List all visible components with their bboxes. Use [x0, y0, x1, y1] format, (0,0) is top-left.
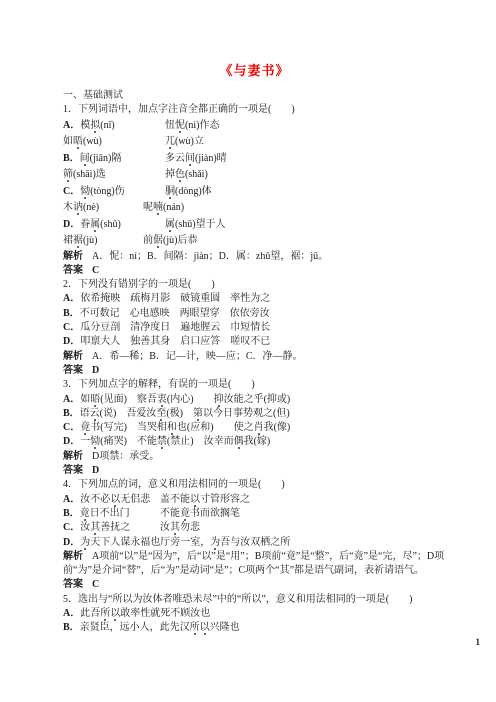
q1-analysis: 解析A．怩：ní；B．间隔：jiàn；D．属：zhǔ望，裾：jū。 — [63, 250, 446, 264]
section-heading: 一、基础测试 — [63, 89, 446, 103]
q4-stem: 4．下列加点的词，意义和用法相同的一项是( ) — [63, 478, 446, 492]
option-text: 不可数记 心电感映 两眼望穿 依依旁汝 — [80, 308, 270, 319]
answer-value: D — [92, 465, 99, 476]
answer-value: C — [92, 265, 99, 276]
q3-option: C．竟书(写完) 当哭相和也(应和) 使之肖我(像) — [63, 421, 446, 435]
option-text: 亲贤臣，远小人，此先汉所以兴隆也 — [80, 622, 240, 633]
option-text: 为天下人谋永福也 — [80, 537, 160, 548]
q4-answer: 答案C — [63, 578, 446, 592]
q3-answer: 答案D — [63, 464, 446, 478]
answer-value: C — [92, 579, 99, 590]
q1-option-row: C．恸(tòng)伤 胴(dòng)体 — [63, 184, 446, 201]
analysis-text: D项禁：承受。 — [92, 451, 159, 462]
q3-option: D．一恸(痛哭) 不能禁(禁止) 汝幸而偶我(嫁) — [63, 435, 446, 449]
option-text: 汝不必以无侣悲 — [80, 494, 150, 505]
option-left: B．竟日不出门 — [63, 507, 160, 521]
option-left: A．模拟(nǐ) — [63, 118, 165, 135]
q2-answer: 答案D — [63, 364, 446, 378]
option-right: 不能竟书而欲搁笔 — [160, 507, 240, 521]
option-text: 木讷(nè) — [63, 202, 99, 213]
option-left: A．汝不必以无侣悲 — [63, 493, 160, 507]
q3-analysis: 解析D项禁：承受。 — [63, 450, 446, 464]
q1-option-row: B．间(jiān)隔 多云间(jiàn)晴 — [63, 151, 446, 168]
q1-option-row: 如晤(wù) 兀(wù)立 — [63, 134, 446, 151]
option-marker: C． — [63, 186, 80, 197]
option-marker: D． — [63, 336, 80, 347]
option-right: 前倨(jù)后恭 — [143, 233, 197, 250]
option-text: 筛(shāi)选 — [63, 169, 106, 180]
q4-analysis: 解析A项前“以”是“因为”，后“以”是“用”；B项前“竟”是“整”，后“竟”是“… — [63, 550, 446, 579]
q1-option-row: A．模拟(nǐ) 忸怩(nì)作态 — [63, 118, 446, 135]
option-left: 木讷(nè) — [63, 200, 143, 217]
option-right: 盖不能以寸管形容之 — [160, 493, 250, 507]
option-marker: B． — [63, 508, 80, 519]
option-text: 汝其善抚之 — [80, 522, 130, 533]
q2-option: D．叩禀大人 独善其身 启口应答 嗟叹不已 — [63, 335, 446, 349]
q5-option: B．亲贤臣，远小人，此先汉所以兴隆也 — [63, 621, 446, 635]
option-marker: C． — [63, 322, 80, 333]
option-text: 依希掩映 疏梅月影 破镜重圆 率性为之 — [80, 293, 270, 304]
option-marker: B． — [63, 153, 80, 164]
analysis-text: A项前“以”是“因为”，后“以”是“用”；B项前“竟”是“整”，后“竟”是“完，… — [63, 551, 444, 576]
analysis-text: A．怩：ní；B．间隔：jiàn；D．属：zhǔ望，裾：jū。 — [92, 251, 328, 262]
option-left: C．汝其善抚之 — [63, 521, 160, 535]
option-marker: A． — [63, 120, 80, 131]
q3-stem: 3．下列加点字的解释，有误的一项是( ) — [63, 378, 446, 392]
q1-option-row: 筛(shāi)选 掉色(shǎi) — [63, 167, 446, 184]
option-marker: A． — [63, 394, 80, 405]
option-right: 呢喃(nán) — [143, 200, 184, 217]
option-marker: C． — [63, 522, 80, 533]
option-text: 模拟(nǐ) — [80, 120, 114, 131]
document-page: 《与妻书》 一、基础测试 1．下列词语中，加点字注音全都正确的一项是( ) A．… — [0, 0, 496, 702]
option-right: 多云间(jiàn)晴 — [165, 151, 227, 168]
option-right: 忸怩(nì)作态 — [165, 118, 219, 135]
option-left: 筛(shāi)选 — [63, 167, 165, 184]
answer-label: 答案 — [63, 465, 83, 476]
analysis-label: 解析 — [63, 451, 83, 462]
option-text: 裙裾(jù) — [63, 235, 97, 246]
option-right: 厅旁一室，为吾与汝双栖之所 — [160, 536, 290, 550]
option-text: 如晤(见面) 察吾衷(内心) 抑汝能之乎(抑或) — [80, 394, 290, 405]
option-text: 间(jiān)隔 — [80, 153, 122, 164]
option-text: 恸(tòng)伤 — [80, 186, 124, 197]
q2-stem: 2．下列没有错别字的一项是( ) — [63, 278, 446, 292]
option-text: 眷属(shǔ) — [80, 219, 121, 230]
q4-option-row: B．竟日不出门 不能竟书而欲搁笔 — [63, 507, 446, 521]
q4-block: 4．下列加点的词，意义和用法相同的一项是( ) A．汝不必以无侣悲 盖不能以寸管… — [63, 478, 446, 592]
option-left: D．为天下人谋永福也 — [63, 536, 160, 550]
option-right: 汝其勿悲 — [160, 521, 200, 535]
q3-option: A．如晤(见面) 察吾衷(内心) 抑汝能之乎(抑或) — [63, 393, 446, 407]
option-text: 竟书(写完) 当哭相和也(应和) 使之肖我(像) — [80, 422, 290, 433]
option-marker: D． — [63, 219, 80, 230]
option-marker: D． — [63, 537, 80, 548]
q2-option: A．依希掩映 疏梅月影 破镜重圆 率性为之 — [63, 292, 446, 306]
option-left: D．眷属(shǔ) — [63, 217, 165, 234]
option-marker: B． — [63, 622, 80, 633]
analysis-text: A．希—稀；B．记—计，映—应；C．净—静。 — [92, 351, 303, 362]
option-text: 语云(说) 吾爱汝至(极) 第以今日事势观之(但) — [80, 408, 290, 419]
option-text: 此吾所以敢率性就死不顾汝也 — [80, 608, 210, 619]
answer-label: 答案 — [63, 365, 83, 376]
q4-option-row: C．汝其善抚之 汝其勿悲 — [63, 521, 446, 535]
option-right: 胴(dòng)体 — [165, 184, 212, 201]
option-marker: A． — [63, 608, 80, 619]
option-left: C．恸(tòng)伤 — [63, 184, 165, 201]
doc-title: 《与妻书》 — [63, 60, 446, 79]
option-marker: A． — [63, 293, 80, 304]
option-text: 瓜分豆剖 清净度日 遍地腥云 巾短情长 — [80, 322, 270, 333]
q1-option-row: D．眷属(shǔ) 属(shǔ)望于人 — [63, 217, 446, 234]
option-marker: B． — [63, 408, 80, 419]
analysis-label: 解析 — [63, 351, 83, 362]
option-left: 裙裾(jù) — [63, 233, 143, 250]
option-marker: C． — [63, 422, 80, 433]
q1-option-row: 木讷(nè) 呢喃(nán) — [63, 200, 446, 217]
option-marker: B． — [63, 308, 80, 319]
answer-label: 答案 — [63, 579, 83, 590]
page-number: 1 — [476, 637, 481, 647]
q1-stem: 1．下列词语中，加点字注音全都正确的一项是( ) — [63, 103, 446, 117]
option-text: 一恸(痛哭) 不能禁(禁止) 汝幸而偶我(嫁) — [80, 436, 270, 447]
analysis-label: 解析 — [63, 251, 83, 262]
option-text: 叩禀大人 独善其身 启口应答 嗟叹不已 — [80, 336, 270, 347]
q5-option: A．此吾所以敢率性就死不顾汝也 — [63, 607, 446, 621]
q2-option: C．瓜分豆剖 清净度日 遍地腥云 巾短情长 — [63, 321, 446, 335]
q3-option: B．语云(说) 吾爱汝至(极) 第以今日事势观之(但) — [63, 407, 446, 421]
option-text: 竟日不出门 — [80, 508, 130, 519]
q2-option: B．不可数记 心电感映 两眼望穿 依依旁汝 — [63, 307, 446, 321]
q4-option-row: A．汝不必以无侣悲 盖不能以寸管形容之 — [63, 493, 446, 507]
option-right: 兀(wù)立 — [165, 134, 204, 151]
option-right: 掉色(shǎi) — [165, 167, 208, 184]
option-marker: D． — [63, 436, 80, 447]
q5-stem: 5．选出与“所以为汝体者唯恐未尽”中的“所以”，意义和用法相同的一项是( ) — [63, 593, 446, 607]
option-left: 如晤(wù) — [63, 134, 165, 151]
option-right: 属(shǔ)望于人 — [165, 217, 226, 234]
answer-value: D — [92, 365, 99, 376]
option-left: B．间(jiān)隔 — [63, 151, 165, 168]
q4-option-row: D．为天下人谋永福也 厅旁一室，为吾与汝双栖之所 — [63, 536, 446, 550]
q1-answer: 答案C — [63, 264, 446, 278]
option-marker: A． — [63, 494, 80, 505]
option-text: 如晤(wù) — [63, 136, 102, 147]
q1-option-row: 裙裾(jù) 前倨(jù)后恭 — [63, 233, 446, 250]
answer-label: 答案 — [63, 265, 83, 276]
q2-analysis: 解析A．希—稀；B．记—计，映—应；C．净—静。 — [63, 350, 446, 364]
analysis-label: 解析 — [63, 551, 83, 562]
